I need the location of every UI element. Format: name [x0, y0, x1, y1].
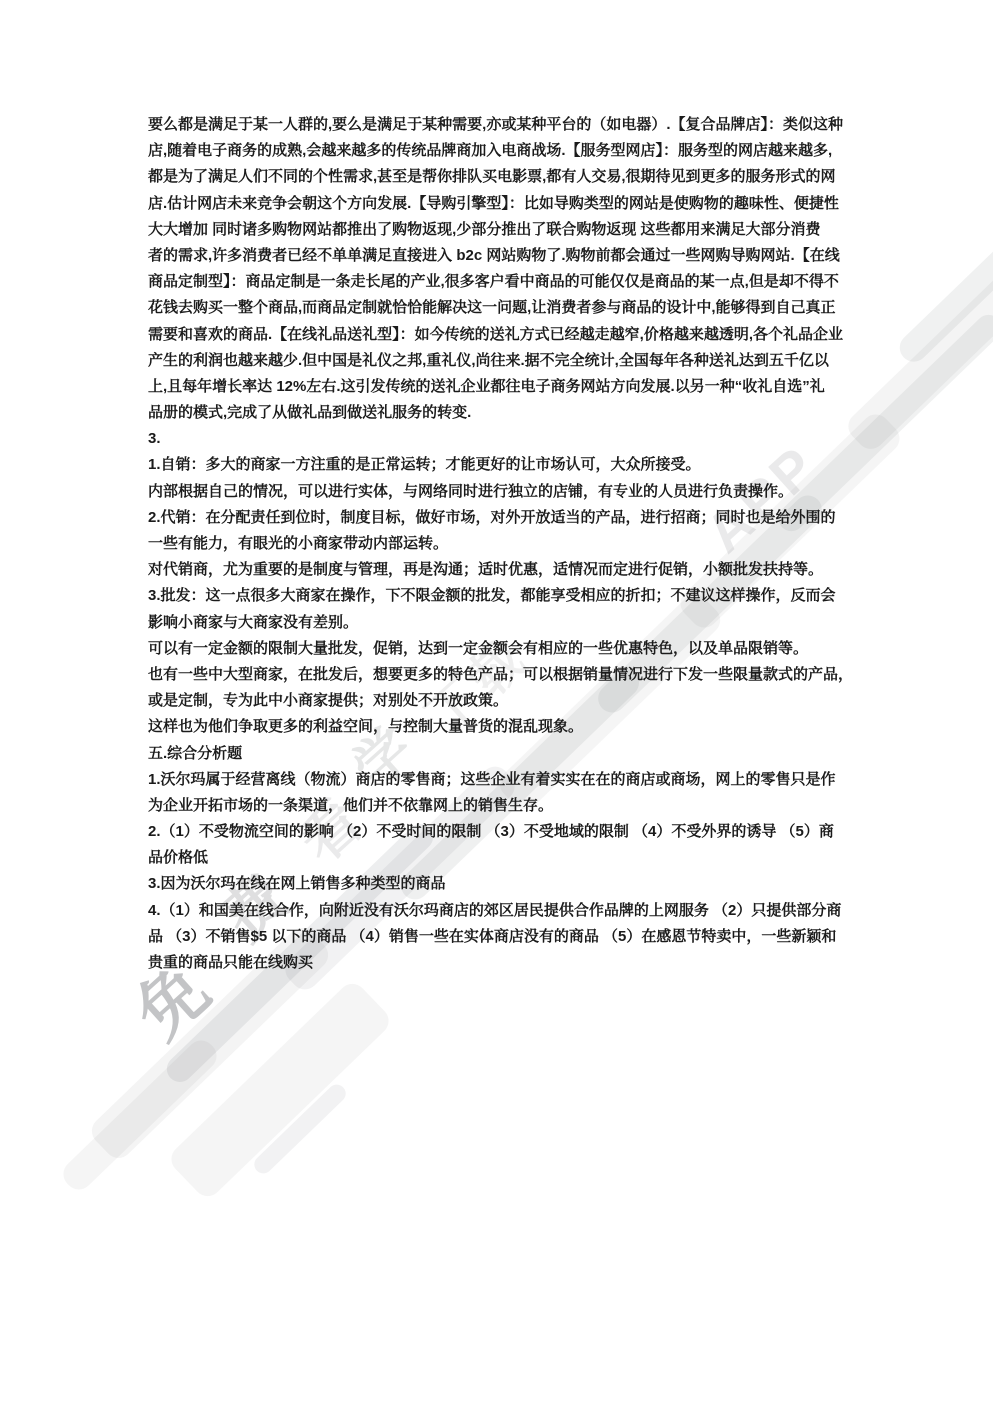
text-line: 1.沃尔玛属于经营离线（物流）商店的零售商；这些企业有着实实在在的商店或商场，网…: [148, 767, 870, 793]
text-line: 花钱去购买一整个商品,而商品定制就恰恰能解决这一问题,让消费者参与商品的设计中,…: [148, 295, 870, 321]
document-text: 要么都是满足于某一人群的,要么是满足于某种需要,亦或某种平台的（如电器）.【复合…: [148, 112, 870, 976]
text-line: 产生的利润也越来越少.但中国是礼仪之邦,重礼仪,尚往来.据不完全统计,全国每年各…: [148, 348, 870, 374]
text-line: 2.（1）不受物流空间的影响 （2）不受时间的限制 （3）不受地域的限制 （4）…: [148, 819, 870, 845]
text-line: 3.因为沃尔玛在线在网上销售多种类型的商品: [148, 871, 870, 897]
text-line: 五.综合分析题: [148, 741, 870, 767]
text-line: 影响小商家与大商家没有差别。: [148, 610, 870, 636]
text-line: 对代销商，尤为重要的是制度与管理，再是沟通；适时优惠，适情况而定进行促销，小额批…: [148, 557, 870, 583]
text-line: 2.代销：在分配责任到位时，制度目标，做好市场，对外开放适当的产品，进行招商；同…: [148, 505, 870, 531]
watermark-stripe: [166, 978, 395, 1202]
text-line: 3.批发：这一点很多大商家在操作，下不限金额的批发，都能享受相应的折扣；不建议这…: [148, 583, 870, 609]
text-line: 品册的模式,完成了从做礼品到做送礼服务的转变.: [148, 400, 870, 426]
text-line: 店.估计网店未来竞争会朝这个方向发展.【导购引擎型】：比如导购类型的网站是使购物…: [148, 191, 870, 217]
text-line: 或是定制，专为此中小商家提供；对别处不开放政策。: [148, 688, 870, 714]
text-line: 也有一些中大型商家，在批发后，想要更多的特色产品；可以根据销量情况进行下发一些限…: [148, 662, 870, 688]
text-line: 店,随着电子商务的成熟,会越来越多的传统品牌商加入电商战场.【服务型网店】：服务…: [148, 138, 870, 164]
watermark-stripe: [58, 1035, 223, 1196]
text-line: 商品定制型】：商品定制是一条走长尾的产业,很多客户看中商品的可能仅仅是商品的某一…: [148, 269, 870, 295]
watermark-stripe: [894, 181, 993, 368]
text-line: 都是为了满足人们不同的个性需求,甚至是帮你排队买电影票,都有人交易,很期待见到更…: [148, 164, 870, 190]
text-line: 大大增加 同时诸多购物网站都推出了购物返现,少部分推出了联合购物返现 这些都用来…: [148, 217, 870, 243]
text-line: 3.: [148, 426, 870, 452]
text-line: 贵重的商品只能在线购买: [148, 950, 870, 976]
text-line: 要么都是满足于某一人群的,要么是满足于某种需要,亦或某种平台的（如电器）.【复合…: [148, 112, 870, 138]
text-line: 需要和喜欢的商品.【在线礼品送礼型】：如今传统的送礼方式已经越走越窄,价格越来越…: [148, 322, 870, 348]
watermark-stripe: [251, 1081, 350, 1177]
text-line: 一些有能力，有眼光的小商家带动内部运转。: [148, 531, 870, 557]
text-line: 1.自销：多大的商家一方注重的是正常运转；才能更好的让市场认可，大众所接受。: [148, 452, 870, 478]
text-line: 这样也为他们争取更多的利益空间，与控制大量普货的混乱现象。: [148, 714, 870, 740]
text-line: 品价格低: [148, 845, 870, 871]
text-line: 为企业开拓市场的一条渠道，他们并不依靠网上的销售生存。: [148, 793, 870, 819]
text-line: 品 （3）不销售$5 以下的商品 （4）销售一些在实体商店没有的商品 （5）在感…: [148, 924, 870, 950]
text-line: 者的需求,许多消费者已经不单单满足直接进入 b2c 网站购物了.购物前都会通过一…: [148, 243, 870, 269]
text-line: 上,且每年增长率达 12%左右.这引发传统的送礼企业都往电子商务网站方向发展.以…: [148, 374, 870, 400]
text-line: 内部根据自己的情况，可以进行实体，与网络同时进行独立的店铺，有专业的人员进行负责…: [148, 479, 870, 505]
text-line: 可以有一定金额的限制大量批发，促销，达到一定金额会有相应的一些优惠特色，以及单品…: [148, 636, 870, 662]
text-line: 4.（1）和国美在线合作，向附近没有沃尔玛商店的郊区居民提供合作品牌的上网服务 …: [148, 898, 870, 924]
document-page: 免费看学下载APP 要么都是满足于某一人群的,要么是满足于某种需要,亦或某种平台…: [0, 0, 993, 1404]
